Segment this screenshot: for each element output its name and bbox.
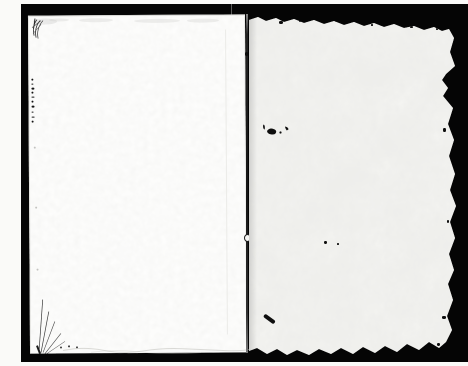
right-page	[249, 16, 458, 357]
gutter-tick	[245, 52, 248, 56]
ink-dot	[324, 241, 327, 244]
paper-speck	[34, 147, 36, 149]
scan-artifact-tick	[231, 4, 232, 15]
edge-speck	[371, 24, 373, 26]
bottom-edge-marks	[61, 341, 256, 354]
ink-blot-cluster	[259, 122, 293, 138]
edge-speck	[443, 128, 446, 132]
gutter-shadow	[249, 16, 257, 357]
left-page	[28, 14, 247, 353]
edge-speck	[279, 21, 283, 24]
corner-crease-marks	[29, 16, 63, 52]
paper-speck	[35, 207, 37, 209]
edge-speck	[442, 316, 446, 319]
scanned-book-spread	[0, 0, 468, 366]
edge-speck	[447, 220, 449, 223]
edge-speck	[437, 343, 440, 346]
paper-texture	[249, 16, 458, 357]
paper-speck	[37, 269, 39, 271]
book-gutter	[246, 14, 248, 353]
ink-dot	[337, 243, 339, 245]
